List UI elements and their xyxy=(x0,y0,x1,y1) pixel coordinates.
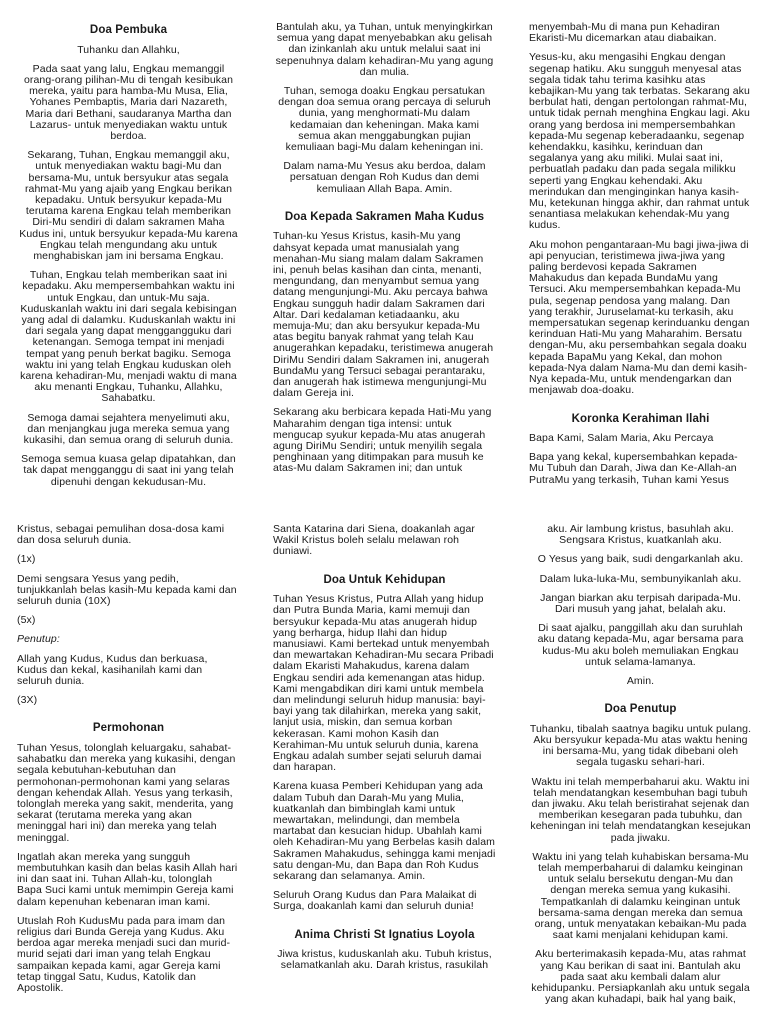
paragraph: Waktu ini telah memperbaharui aku. Waktu… xyxy=(529,777,752,844)
paragraph: Dalam luka-luka-Mu, sembunyikanlah aku. xyxy=(529,574,752,585)
paragraph: O Yesus yang baik, sudi dengarkanlah aku… xyxy=(529,554,752,565)
paragraph: (3X) xyxy=(17,695,240,706)
text-column-1: Doa PembukaTuhanku dan Allahku,Pada saat… xyxy=(17,22,240,496)
text-column-3: aku. Air lambung kristus, basuhlah aku. … xyxy=(529,524,752,1013)
paragraph: Allah yang Kudus, Kudus dan berkuasa, Ku… xyxy=(17,654,240,688)
paragraph: (1x) xyxy=(17,554,240,565)
paragraph: Waktu ini yang telah kuhabiskan bersama-… xyxy=(529,852,752,942)
paragraph: Jiwa kristus, kuduskanlah aku. Tubuh kri… xyxy=(273,949,496,971)
section-heading: Koronka Kerahiman Ilahi xyxy=(529,413,752,426)
text-column-2: Santa Katarina dari Siena, doakanlah aga… xyxy=(273,524,496,980)
paragraph: Tuhan, semoga doaku Engkau persatukan de… xyxy=(273,86,496,153)
document-page: Doa PembukaTuhanku dan Allahku,Pada saat… xyxy=(0,0,768,1024)
paragraph: Bapa yang kekal, kupersembahkan kepada-M… xyxy=(529,452,752,486)
section-heading: Doa Pembuka xyxy=(17,24,240,37)
paragraph: Semoga semua kuasa gelap dipatahkan, dan… xyxy=(17,454,240,488)
paragraph: Utuslah Roh KudusMu pada para imam dan r… xyxy=(17,916,240,994)
text-column-1: Kristus, sebagai pemulihan dosa-dosa kam… xyxy=(17,524,240,1002)
paragraph: Semoga damai sejahtera menyelimuti aku, … xyxy=(17,413,240,447)
paragraph: aku. Air lambung kristus, basuhlah aku. … xyxy=(529,524,752,546)
section-heading: Doa Untuk Kehidupan xyxy=(273,574,496,587)
text-column-2: Bantulah aku, ya Tuhan, untuk menyingkir… xyxy=(273,22,496,483)
section-heading: Doa Penutup xyxy=(529,703,752,716)
paragraph: menyembah-Mu di mana pun Kehadiran Ekari… xyxy=(529,22,752,44)
paragraph: Aku mohon pengantaraan-Mu bagi jiwa-jiwa… xyxy=(529,240,752,397)
section-heading: Doa Kepada Sakramen Maha Kudus xyxy=(273,211,496,224)
paragraph: Tuhan, Engkau telah memberikan saat ini … xyxy=(17,270,240,404)
paragraph: Kristus, sebagai pemulihan dosa-dosa kam… xyxy=(17,524,240,546)
paragraph: Sekarang aku berbicara kepada Hati-Mu ya… xyxy=(273,407,496,474)
page-band-1: Doa PembukaTuhanku dan Allahku,Pada saat… xyxy=(17,22,752,496)
paragraph: Pada saat yang lalu, Engkau memanggil or… xyxy=(17,64,240,142)
paragraph: (5x) xyxy=(17,615,240,626)
paragraph: Tuhan Yesus Kristus, Putra Allah yang hi… xyxy=(273,594,496,773)
paragraph: Tuhan-ku Yesus Kristus, kasih-Mu yang da… xyxy=(273,231,496,399)
paragraph: Tuhan Yesus, tolonglah keluargaku, sahab… xyxy=(17,743,240,844)
paragraph: Dalam nama-Mu Yesus aku berdoa, dalam pe… xyxy=(273,161,496,195)
paragraph: Penutup: xyxy=(17,634,240,645)
paragraph: Bantulah aku, ya Tuhan, untuk menyingkir… xyxy=(273,22,496,78)
paragraph: Karena kuasa Pemberi Kehidupan yang ada … xyxy=(273,781,496,882)
paragraph: Demi sengsara Yesus yang pedih, tunjukka… xyxy=(17,574,240,608)
section-heading: Permohonan xyxy=(17,722,240,735)
paragraph: Aku berterimakasih kepada-Mu, atas rahma… xyxy=(529,949,752,1005)
paragraph: Jangan biarkan aku terpisah daripada-Mu.… xyxy=(529,593,752,615)
text-column-3: menyembah-Mu di mana pun Kehadiran Ekari… xyxy=(529,22,752,494)
paragraph: Amin. xyxy=(529,676,752,687)
section-heading: Anima Christi St Ignatius Loyola xyxy=(273,929,496,942)
paragraph: Tuhanku, tibalah saatnya bagiku untuk pu… xyxy=(529,724,752,769)
paragraph: Di saat ajalku, panggillah aku dan suruh… xyxy=(529,623,752,668)
paragraph: Santa Katarina dari Siena, doakanlah aga… xyxy=(273,524,496,558)
page-band-2: Kristus, sebagai pemulihan dosa-dosa kam… xyxy=(17,524,752,1013)
paragraph: Sekarang, Tuhan, Engkau memanggil aku, u… xyxy=(17,150,240,262)
paragraph: Seluruh Orang Kudus dan Para Malaikat di… xyxy=(273,890,496,912)
paragraph: Ingatlah akan mereka yang sungguh membut… xyxy=(17,852,240,908)
paragraph: Tuhanku dan Allahku, xyxy=(17,45,240,56)
paragraph: Bapa Kami, Salam Maria, Aku Percaya xyxy=(529,433,752,444)
paragraph: Yesus-ku, aku mengasihi Engkau dengan se… xyxy=(529,52,752,231)
